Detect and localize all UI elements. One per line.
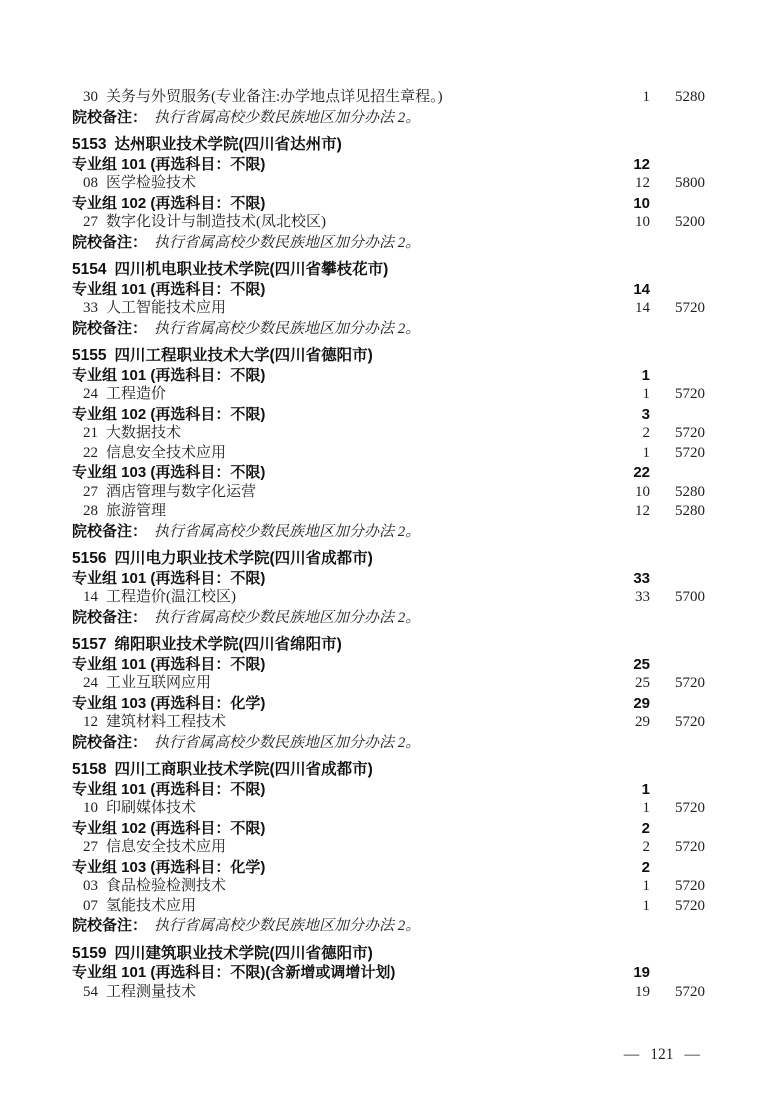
major-plan-count: 1: [593, 444, 650, 464]
major-plan-count: 2: [593, 424, 650, 444]
major-plan-count: 12: [593, 174, 650, 194]
school-code: 5154: [72, 261, 106, 278]
group-label: 专业组 103 (再选科目：不限): [72, 463, 593, 483]
major-plan-count: 25: [593, 674, 650, 694]
group-plan-count: 1: [593, 780, 650, 800]
major-fee: 5280: [650, 88, 705, 108]
group-label: 专业组 101 (再选科目：不限): [72, 569, 593, 589]
major-fee: 5720: [650, 799, 705, 819]
major-name: 信息安全技术应用: [106, 839, 226, 855]
page-number: 121: [650, 1045, 673, 1065]
major-name: 工程测量技术: [106, 984, 196, 1000]
remark-label: 院校备注：: [72, 734, 147, 751]
group-plan-count: 2: [593, 819, 650, 839]
major-text: 30关务与外贸服务(专业备注:办学地点详见招生章程。): [72, 88, 593, 108]
major-row: 27酒店管理与数字化运营105280: [72, 483, 705, 503]
school-header-row: 5158四川工商职业技术学院(四川省成都市): [72, 760, 705, 780]
major-fee: 5280: [650, 502, 705, 522]
major-row: 22信息安全技术应用15720: [72, 444, 705, 464]
major-group-row: 专业组 103 (再选科目：不限)22: [72, 463, 705, 483]
major-row: 54工程测量技术195720: [72, 983, 705, 1003]
major-code: 24: [83, 386, 98, 402]
major-text: 07氢能技术应用: [72, 897, 593, 917]
school-header-text: 5158四川工商职业技术学院(四川省成都市): [72, 760, 705, 780]
major-name: 印刷媒体技术: [106, 800, 196, 816]
major-code: 27: [83, 214, 98, 230]
school-name: 达州职业技术学院(四川省达州市): [114, 136, 341, 153]
major-name: 数字化设计与制造技术(凤北校区): [106, 214, 326, 230]
group-label: 专业组 102 (再选科目：不限): [72, 194, 593, 214]
major-text: 14工程造价(温江校区): [72, 588, 593, 608]
remark-text-wrap: 院校备注：执行省属高校少数民族地区加分办法 2。: [72, 916, 705, 937]
school-block: 5155四川工程职业技术大学(四川省德阳市)专业组 101 (再选科目：不限)1…: [72, 346, 705, 542]
school-header-row: 5156四川电力职业技术学院(四川省成都市): [72, 549, 705, 569]
major-name: 工业互联网应用: [106, 675, 211, 691]
major-name: 大数据技术: [106, 425, 181, 441]
major-code: 54: [83, 984, 98, 1000]
major-plan-count: 29: [593, 713, 650, 733]
major-text: 24工程造价: [72, 385, 593, 405]
school-header-text: 5153达州职业技术学院(四川省达州市): [72, 135, 705, 155]
major-row: 30关务与外贸服务(专业备注:办学地点详见招生章程。)15280: [72, 88, 705, 108]
major-fee: 5800: [650, 174, 705, 194]
major-row: 03食品检验检测技术15720: [72, 877, 705, 897]
group-plan-count: 14: [593, 280, 650, 300]
major-group-row: 专业组 101 (再选科目：不限)14: [72, 280, 705, 300]
page-footer: — 121 —: [624, 1045, 700, 1065]
major-plan-count: 10: [593, 483, 650, 503]
major-code: 27: [83, 484, 98, 500]
major-row: 10印刷媒体技术15720: [72, 799, 705, 819]
remark-label: 院校备注：: [72, 917, 147, 934]
major-row: 28旅游管理125280: [72, 502, 705, 522]
major-fee: 5700: [650, 588, 705, 608]
document-page: 30关务与外贸服务(专业备注:办学地点详见招生章程。)15280院校备注：执行省…: [0, 0, 777, 1112]
group-plan-count: 1: [593, 366, 650, 386]
major-text: 22信息安全技术应用: [72, 444, 593, 464]
group-plan-count: 19: [593, 963, 650, 983]
major-group-row: 专业组 102 (再选科目：不限)10: [72, 194, 705, 214]
school-header-row: 5159四川建筑职业技术学院(四川省德阳市): [72, 944, 705, 964]
school-code: 5153: [72, 136, 106, 153]
school-name: 四川工程职业技术大学(四川省德阳市): [114, 347, 372, 364]
major-code: 30: [83, 89, 98, 105]
school-block: 5159四川建筑职业技术学院(四川省德阳市)专业组 101 (再选科目：不限)(…: [72, 944, 705, 1003]
remark-text: 执行省属高校少数民族地区加分办法 2。: [154, 321, 420, 337]
major-row: 14工程造价(温江校区)335700: [72, 588, 705, 608]
group-label: 专业组 101 (再选科目：不限)(含新增或调增计划): [72, 963, 593, 983]
remark-text-wrap: 院校备注：执行省属高校少数民族地区加分办法 2。: [72, 733, 705, 754]
major-group-row: 专业组 103 (再选科目：化学)29: [72, 694, 705, 714]
major-row: 12建筑材料工程技术295720: [72, 713, 705, 733]
group-plan-count: 12: [593, 155, 650, 175]
major-plan-count: 1: [593, 877, 650, 897]
remark-text-wrap: 院校备注：执行省属高校少数民族地区加分办法 2。: [72, 522, 705, 543]
major-text: 10印刷媒体技术: [72, 799, 593, 819]
major-name: 工程造价: [106, 386, 166, 402]
school-name: 四川建筑职业技术学院(四川省德阳市): [114, 945, 372, 962]
major-fee: 5720: [650, 674, 705, 694]
major-name: 医学检验技术: [106, 175, 196, 191]
school-name: 四川机电职业技术学院(四川省攀枝花市): [114, 261, 388, 278]
school-block: 5157绵阳职业技术学院(四川省绵阳市)专业组 101 (再选科目：不限)252…: [72, 635, 705, 753]
major-text: 21大数据技术: [72, 424, 593, 444]
major-text: 08医学检验技术: [72, 174, 593, 194]
major-row: 07氢能技术应用15720: [72, 897, 705, 917]
major-code: 03: [83, 878, 98, 894]
remark-text: 执行省属高校少数民族地区加分办法 2。: [154, 610, 420, 626]
major-code: 33: [83, 300, 98, 316]
major-fee: 5720: [650, 713, 705, 733]
major-group-row: 专业组 103 (再选科目：化学)2: [72, 858, 705, 878]
school-name: 绵阳职业技术学院(四川省绵阳市): [114, 636, 341, 653]
major-plan-count: 33: [593, 588, 650, 608]
school-code: 5158: [72, 761, 106, 778]
remark-text: 执行省属高校少数民族地区加分办法 2。: [154, 524, 420, 540]
group-label: 专业组 102 (再选科目：不限): [72, 819, 593, 839]
major-plan-count: 19: [593, 983, 650, 1003]
group-plan-count: 22: [593, 463, 650, 483]
major-row: 21大数据技术25720: [72, 424, 705, 444]
major-code: 08: [83, 175, 98, 191]
school-header-text: 5157绵阳职业技术学院(四川省绵阳市): [72, 635, 705, 655]
continued-school-block: 30关务与外贸服务(专业备注:办学地点详见招生章程。)15280院校备注：执行省…: [72, 88, 705, 128]
school-remark-row: 院校备注：执行省属高校少数民族地区加分办法 2。: [72, 608, 705, 629]
major-code: 07: [83, 898, 98, 914]
group-plan-count: 10: [593, 194, 650, 214]
group-label: 专业组 101 (再选科目：不限): [72, 155, 593, 175]
major-row: 27信息安全技术应用25720: [72, 838, 705, 858]
major-plan-count: 2: [593, 838, 650, 858]
major-code: 22: [83, 445, 98, 461]
major-plan-count: 1: [593, 799, 650, 819]
major-text: 33人工智能技术应用: [72, 299, 593, 319]
remark-text-wrap: 院校备注：执行省属高校少数民族地区加分办法 2。: [72, 319, 705, 340]
major-code: 27: [83, 839, 98, 855]
major-fee: 5720: [650, 299, 705, 319]
remark-label: 院校备注：: [72, 234, 147, 251]
major-plan-count: 12: [593, 502, 650, 522]
remark-text: 执行省属高校少数民族地区加分办法 2。: [154, 735, 420, 751]
school-remark-row: 院校备注：执行省属高校少数民族地区加分办法 2。: [72, 522, 705, 543]
major-row: 24工业互联网应用255720: [72, 674, 705, 694]
major-name: 酒店管理与数字化运营: [106, 484, 256, 500]
major-fee: 5720: [650, 877, 705, 897]
school-block: 5154四川机电职业技术学院(四川省攀枝花市)专业组 101 (再选科目：不限)…: [72, 260, 705, 339]
remark-text-wrap: 院校备注：执行省属高校少数民族地区加分办法 2。: [72, 608, 705, 629]
remark-label: 院校备注：: [72, 523, 147, 540]
major-text: 27数字化设计与制造技术(凤北校区): [72, 213, 593, 233]
major-group-row: 专业组 101 (再选科目：不限)25: [72, 655, 705, 675]
major-fee: 5280: [650, 483, 705, 503]
major-row: 27数字化设计与制造技术(凤北校区)105200: [72, 213, 705, 233]
major-text: 12建筑材料工程技术: [72, 713, 593, 733]
major-group-row: 专业组 102 (再选科目：不限)2: [72, 819, 705, 839]
enrollment-plan-list: 30关务与外贸服务(专业备注:办学地点详见招生章程。)15280院校备注：执行省…: [72, 88, 705, 1002]
major-fee: 5720: [650, 838, 705, 858]
major-name: 食品检验检测技术: [106, 878, 226, 894]
school-name: 四川电力职业技术学院(四川省成都市): [114, 550, 372, 567]
remark-text-wrap: 院校备注：执行省属高校少数民族地区加分办法 2。: [72, 108, 705, 129]
remark-text: 执行省属高校少数民族地区加分办法 2。: [154, 235, 420, 251]
major-name: 旅游管理: [106, 503, 166, 519]
school-header-text: 5159四川建筑职业技术学院(四川省德阳市): [72, 944, 705, 964]
group-label: 专业组 103 (再选科目：化学): [72, 858, 593, 878]
remark-text: 执行省属高校少数民族地区加分办法 2。: [154, 918, 420, 934]
school-header-row: 5154四川机电职业技术学院(四川省攀枝花市): [72, 260, 705, 280]
major-code: 21: [83, 425, 98, 441]
major-text: 03食品检验检测技术: [72, 877, 593, 897]
school-remark-row: 院校备注：执行省属高校少数民族地区加分办法 2。: [72, 108, 705, 129]
major-code: 10: [83, 800, 98, 816]
school-header-row: 5155四川工程职业技术大学(四川省德阳市): [72, 346, 705, 366]
major-text: 27信息安全技术应用: [72, 838, 593, 858]
group-label: 专业组 103 (再选科目：化学): [72, 694, 593, 714]
major-plan-count: 14: [593, 299, 650, 319]
major-name: 氢能技术应用: [106, 898, 196, 914]
major-group-row: 专业组 101 (再选科目：不限)33: [72, 569, 705, 589]
major-plan-count: 1: [593, 88, 650, 108]
school-code: 5156: [72, 550, 106, 567]
group-label: 专业组 101 (再选科目：不限): [72, 655, 593, 675]
school-code: 5159: [72, 945, 106, 962]
group-plan-count: 2: [593, 858, 650, 878]
school-block: 5158四川工商职业技术学院(四川省成都市)专业组 101 (再选科目：不限)1…: [72, 760, 705, 937]
school-header-row: 5153达州职业技术学院(四川省达州市): [72, 135, 705, 155]
major-group-row: 专业组 101 (再选科目：不限)1: [72, 780, 705, 800]
major-plan-count: 1: [593, 385, 650, 405]
school-header-text: 5156四川电力职业技术学院(四川省成都市): [72, 549, 705, 569]
remark-text: 执行省属高校少数民族地区加分办法 2。: [154, 110, 420, 126]
group-plan-count: 25: [593, 655, 650, 675]
school-code: 5155: [72, 347, 106, 364]
school-block: 5153达州职业技术学院(四川省达州市)专业组 101 (再选科目：不限)120…: [72, 135, 705, 253]
major-name: 信息安全技术应用: [106, 445, 226, 461]
major-group-row: 专业组 101 (再选科目：不限)12: [72, 155, 705, 175]
school-remark-row: 院校备注：执行省属高校少数民族地区加分办法 2。: [72, 916, 705, 937]
major-fee: 5720: [650, 424, 705, 444]
school-header-text: 5155四川工程职业技术大学(四川省德阳市): [72, 346, 705, 366]
group-label: 专业组 102 (再选科目：不限): [72, 405, 593, 425]
major-text: 28旅游管理: [72, 502, 593, 522]
school-header-row: 5157绵阳职业技术学院(四川省绵阳市): [72, 635, 705, 655]
major-fee: 5720: [650, 983, 705, 1003]
remark-label: 院校备注：: [72, 109, 147, 126]
remark-text-wrap: 院校备注：执行省属高校少数民族地区加分办法 2。: [72, 233, 705, 254]
school-header-text: 5154四川机电职业技术学院(四川省攀枝花市): [72, 260, 705, 280]
major-plan-count: 1: [593, 897, 650, 917]
major-name: 关务与外贸服务(专业备注:办学地点详见招生章程。): [106, 89, 443, 105]
school-remark-row: 院校备注：执行省属高校少数民族地区加分办法 2。: [72, 233, 705, 254]
major-text: 54工程测量技术: [72, 983, 593, 1003]
major-code: 24: [83, 675, 98, 691]
major-fee: 5720: [650, 897, 705, 917]
major-name: 工程造价(温江校区): [106, 589, 236, 605]
group-plan-count: 33: [593, 569, 650, 589]
remark-label: 院校备注：: [72, 609, 147, 626]
school-name: 四川工商职业技术学院(四川省成都市): [114, 761, 372, 778]
remark-label: 院校备注：: [72, 320, 147, 337]
group-label: 专业组 101 (再选科目：不限): [72, 366, 593, 386]
major-group-row: 专业组 101 (再选科目：不限)(含新增或调增计划)19: [72, 963, 705, 983]
group-label: 专业组 101 (再选科目：不限): [72, 780, 593, 800]
major-name: 建筑材料工程技术: [106, 714, 226, 730]
group-label: 专业组 101 (再选科目：不限): [72, 280, 593, 300]
major-code: 12: [83, 714, 98, 730]
major-group-row: 专业组 102 (再选科目：不限)3: [72, 405, 705, 425]
major-row: 24工程造价15720: [72, 385, 705, 405]
major-code: 14: [83, 589, 98, 605]
school-remark-row: 院校备注：执行省属高校少数民族地区加分办法 2。: [72, 733, 705, 754]
major-row: 33人工智能技术应用145720: [72, 299, 705, 319]
major-text: 27酒店管理与数字化运营: [72, 483, 593, 503]
major-plan-count: 10: [593, 213, 650, 233]
major-code: 28: [83, 503, 98, 519]
major-row: 08医学检验技术125800: [72, 174, 705, 194]
school-code: 5157: [72, 636, 106, 653]
major-fee: 5200: [650, 213, 705, 233]
page-number-dash-left: —: [624, 1045, 640, 1065]
school-block: 5156四川电力职业技术学院(四川省成都市)专业组 101 (再选科目：不限)3…: [72, 549, 705, 628]
group-plan-count: 3: [593, 405, 650, 425]
page-number-dash-right: —: [685, 1045, 701, 1065]
major-group-row: 专业组 101 (再选科目：不限)1: [72, 366, 705, 386]
school-remark-row: 院校备注：执行省属高校少数民族地区加分办法 2。: [72, 319, 705, 340]
major-text: 24工业互联网应用: [72, 674, 593, 694]
major-fee: 5720: [650, 385, 705, 405]
major-fee: 5720: [650, 444, 705, 464]
group-plan-count: 29: [593, 694, 650, 714]
major-name: 人工智能技术应用: [106, 300, 226, 316]
